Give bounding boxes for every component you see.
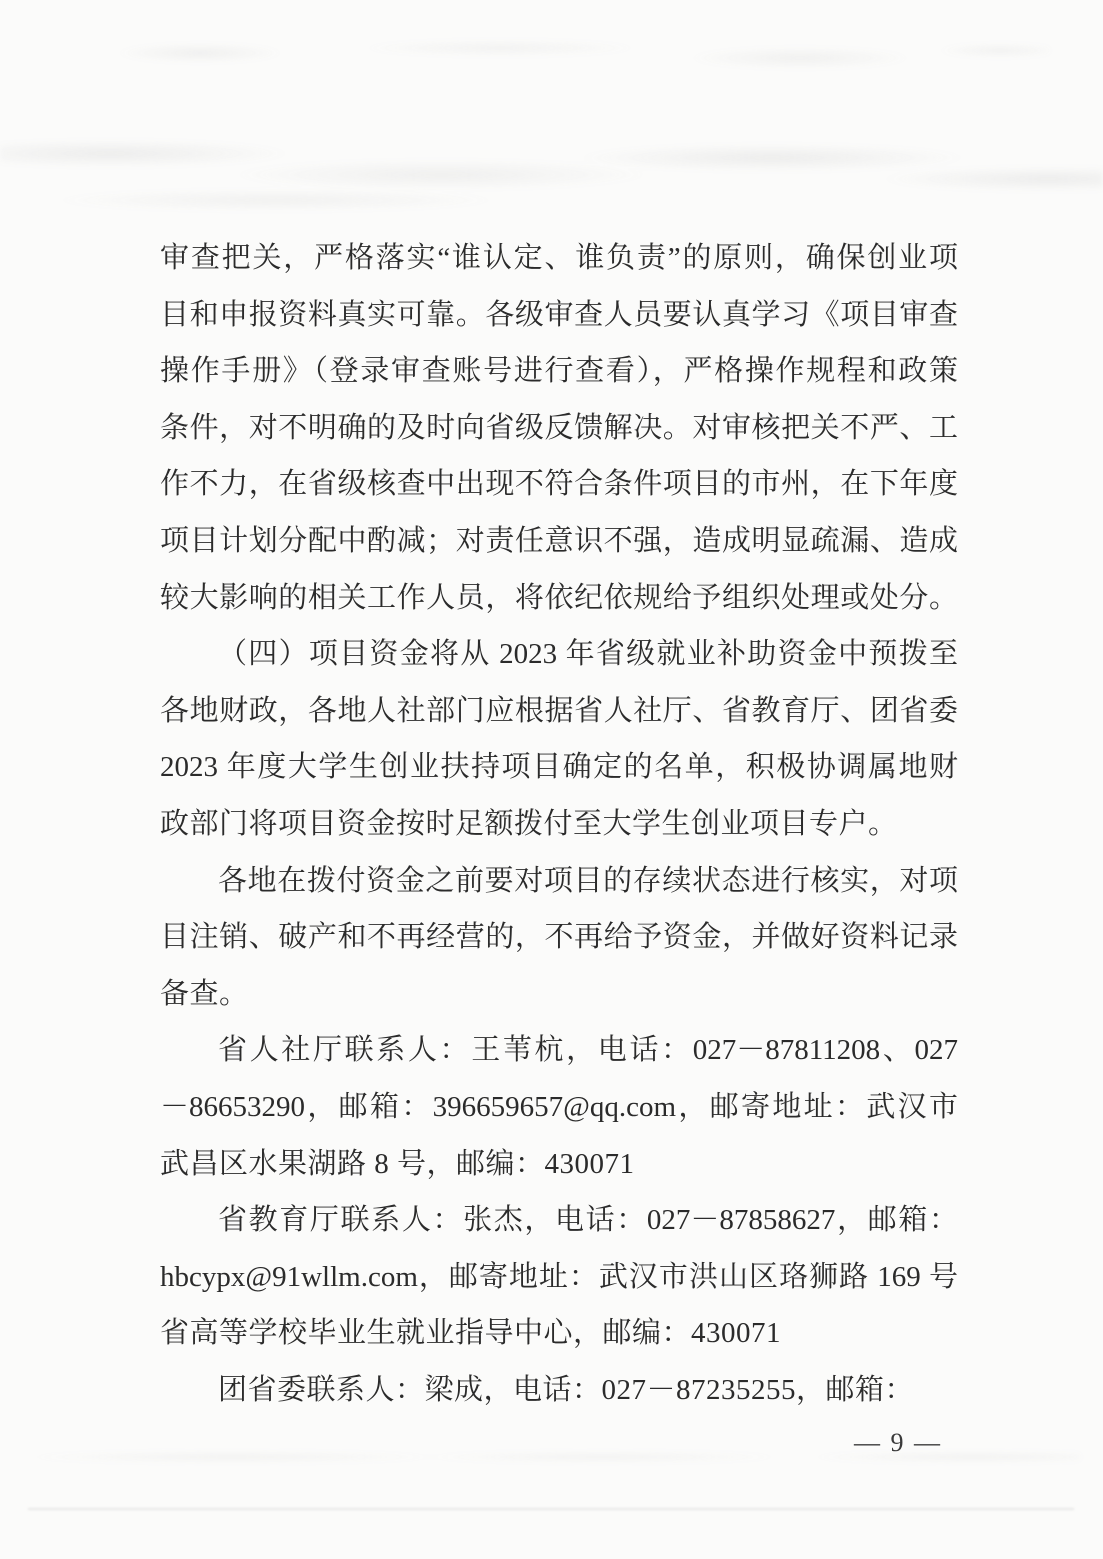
text-line: 操作手册》（登录审查账号进行查看），严格操作规程和政策 [160,343,958,400]
text-line: －86653290，邮箱：396659657@qq.com，邮寄地址：武汉市 [160,1079,958,1136]
text-line: 条件，对不明确的及时向省级反馈解决。对审核把关不严、工 [160,400,958,457]
document-page: 审查把关，严格落实“谁认定、谁负责”的原则，确保创业项目和申报资料真实可靠。各级… [0,0,1103,1559]
text-line: 目注销、破产和不再经营的，不再给予资金，并做好资料记录 [160,909,958,966]
text-line: 审查把关，严格落实“谁认定、谁负责”的原则，确保创业项 [160,230,958,287]
text-line: 武昌区水果湖路 8 号，邮编：430071 [160,1136,958,1193]
text-line: 目和申报资料真实可靠。各级审查人员要认真学习《项目审查 [160,287,958,344]
text-line: 各地财政，各地人社部门应根据省人社厅、省教育厅、团省委 [160,683,958,740]
text-line: （四）项目资金将从 2023 年省级就业补助资金中预拨至 [160,626,958,683]
text-line: 备查。 [160,966,958,1023]
text-line: 省教育厅联系人：张杰，电话：027－87858627，邮箱： [160,1192,958,1249]
text-line: 2023 年度大学生创业扶持项目确定的名单，积极协调属地财 [160,739,958,796]
document-body: 审查把关，严格落实“谁认定、谁负责”的原则，确保创业项目和申报资料真实可靠。各级… [160,230,958,1418]
text-line: 省高等学校毕业生就业指导中心，邮编：430071 [160,1305,958,1362]
text-line: 团省委联系人：梁成，电话：027－87235255，邮箱： [160,1362,958,1419]
text-line: hbcypx@91wllm.com，邮寄地址：武汉市洪山区珞狮路 169 号 [160,1249,958,1306]
scan-artifact-line [28,1508,1074,1510]
text-line: 省人社厅联系人：王苇杭，电话：027－87811208、027 [160,1022,958,1079]
text-line: 项目计划分配中酌减；对责任意识不强，造成明显疏漏、造成 [160,513,958,570]
scan-noise-band-top [50,28,1050,78]
text-line: 政部门将项目资金按时足额拨付至大学生创业项目专户。 [160,796,958,853]
text-line: 各地在拨付资金之前要对项目的存续状态进行核实，对项 [160,853,958,910]
text-line: 作不力，在省级核查中出现不符合条件项目的市州，在下年度 [160,456,958,513]
text-line: 较大影响的相关工作人员，将依纪依规给予组织处理或处分。 [160,570,958,627]
page-number: — 9 — [843,1428,953,1458]
scan-noise-band-upper [0,128,1103,213]
